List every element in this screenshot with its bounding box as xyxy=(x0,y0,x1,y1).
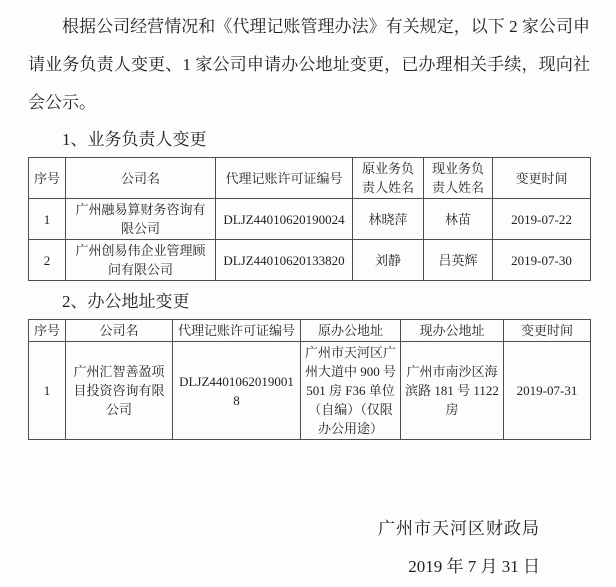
cell-new-manager: 吕英辉 xyxy=(424,240,493,281)
cell-license: DLJZ44010620190018 xyxy=(173,342,301,440)
table-header-row: 序号 公司名 代理记账许可证编号 原业务负责人姓名 现业务负责人姓名 变更时间 xyxy=(29,158,591,199)
cell-new-manager: 林苗 xyxy=(424,199,493,240)
header-cell-old-address: 原办公地址 xyxy=(301,320,401,342)
issuing-authority: 广州市天河区财政局 xyxy=(0,510,540,548)
signature-block: 广州市天河区财政局 2019 年 7 月 31 日 xyxy=(0,510,540,586)
public-notice-document: 根据公司经营情况和《代理记账管理办法》有关规定，以下 2 家公司申请业务负责人变… xyxy=(0,8,616,587)
cell-seq: 2 xyxy=(29,240,66,281)
header-cell-company: 公司名 xyxy=(66,158,216,199)
table-row: 1 广州融易算财务咨询有限公司 DLJZ44010620190024 林晓萍 林… xyxy=(29,199,591,240)
cell-license: DLJZ44010620190024 xyxy=(216,199,353,240)
header-cell-company: 公司名 xyxy=(66,320,173,342)
cell-new-address: 广州市南沙区海滨路 181 号 1122 房 xyxy=(401,342,504,440)
intro-paragraph: 根据公司经营情况和《代理记账管理办法》有关规定，以下 2 家公司申请业务负责人变… xyxy=(28,8,590,122)
header-cell-seq: 序号 xyxy=(29,158,66,199)
section-title-business-manager-change: 1、业务负责人变更 xyxy=(62,128,616,152)
issue-date: 2019 年 7 月 31 日 xyxy=(0,548,540,586)
header-cell-new-manager: 现业务负责人姓名 xyxy=(424,158,493,199)
header-cell-seq: 序号 xyxy=(29,320,66,342)
cell-license: DLJZ44010620133820 xyxy=(216,240,353,281)
header-cell-old-manager: 原业务负责人姓名 xyxy=(353,158,424,199)
cell-company: 广州融易算财务咨询有限公司 xyxy=(66,199,216,240)
cell-old-address: 广州市天河区广州大道中 900 号 501 房 F36 单位（自编）（仅限办公用… xyxy=(301,342,401,440)
cell-change-date: 2019-07-30 xyxy=(493,240,591,281)
office-address-change-table: 序号 公司名 代理记账许可证编号 原办公地址 现办公地址 变更时间 1 广州汇智… xyxy=(28,319,591,440)
cell-old-manager: 林晓萍 xyxy=(353,199,424,240)
cell-company: 广州汇智善盈项目投资咨询有限公司 xyxy=(66,342,173,440)
cell-change-date: 2019-07-22 xyxy=(493,199,591,240)
header-cell-license: 代理记账许可证编号 xyxy=(216,158,353,199)
header-cell-license: 代理记账许可证编号 xyxy=(173,320,301,342)
header-cell-change-date: 变更时间 xyxy=(493,158,591,199)
cell-seq: 1 xyxy=(29,199,66,240)
business-manager-change-table: 序号 公司名 代理记账许可证编号 原业务负责人姓名 现业务负责人姓名 变更时间 … xyxy=(28,157,591,281)
cell-company: 广州创易伟企业管理顾问有限公司 xyxy=(66,240,216,281)
header-cell-new-address: 现办公地址 xyxy=(401,320,504,342)
section-title-office-address-change: 2、办公地址变更 xyxy=(62,290,616,314)
cell-seq: 1 xyxy=(29,342,66,440)
cell-old-manager: 刘静 xyxy=(353,240,424,281)
header-cell-change-date: 变更时间 xyxy=(504,320,591,342)
table-header-row: 序号 公司名 代理记账许可证编号 原办公地址 现办公地址 变更时间 xyxy=(29,320,591,342)
table-row: 1 广州汇智善盈项目投资咨询有限公司 DLJZ44010620190018 广州… xyxy=(29,342,591,440)
table-row: 2 广州创易伟企业管理顾问有限公司 DLJZ44010620133820 刘静 … xyxy=(29,240,591,281)
cell-change-date: 2019-07-31 xyxy=(504,342,591,440)
